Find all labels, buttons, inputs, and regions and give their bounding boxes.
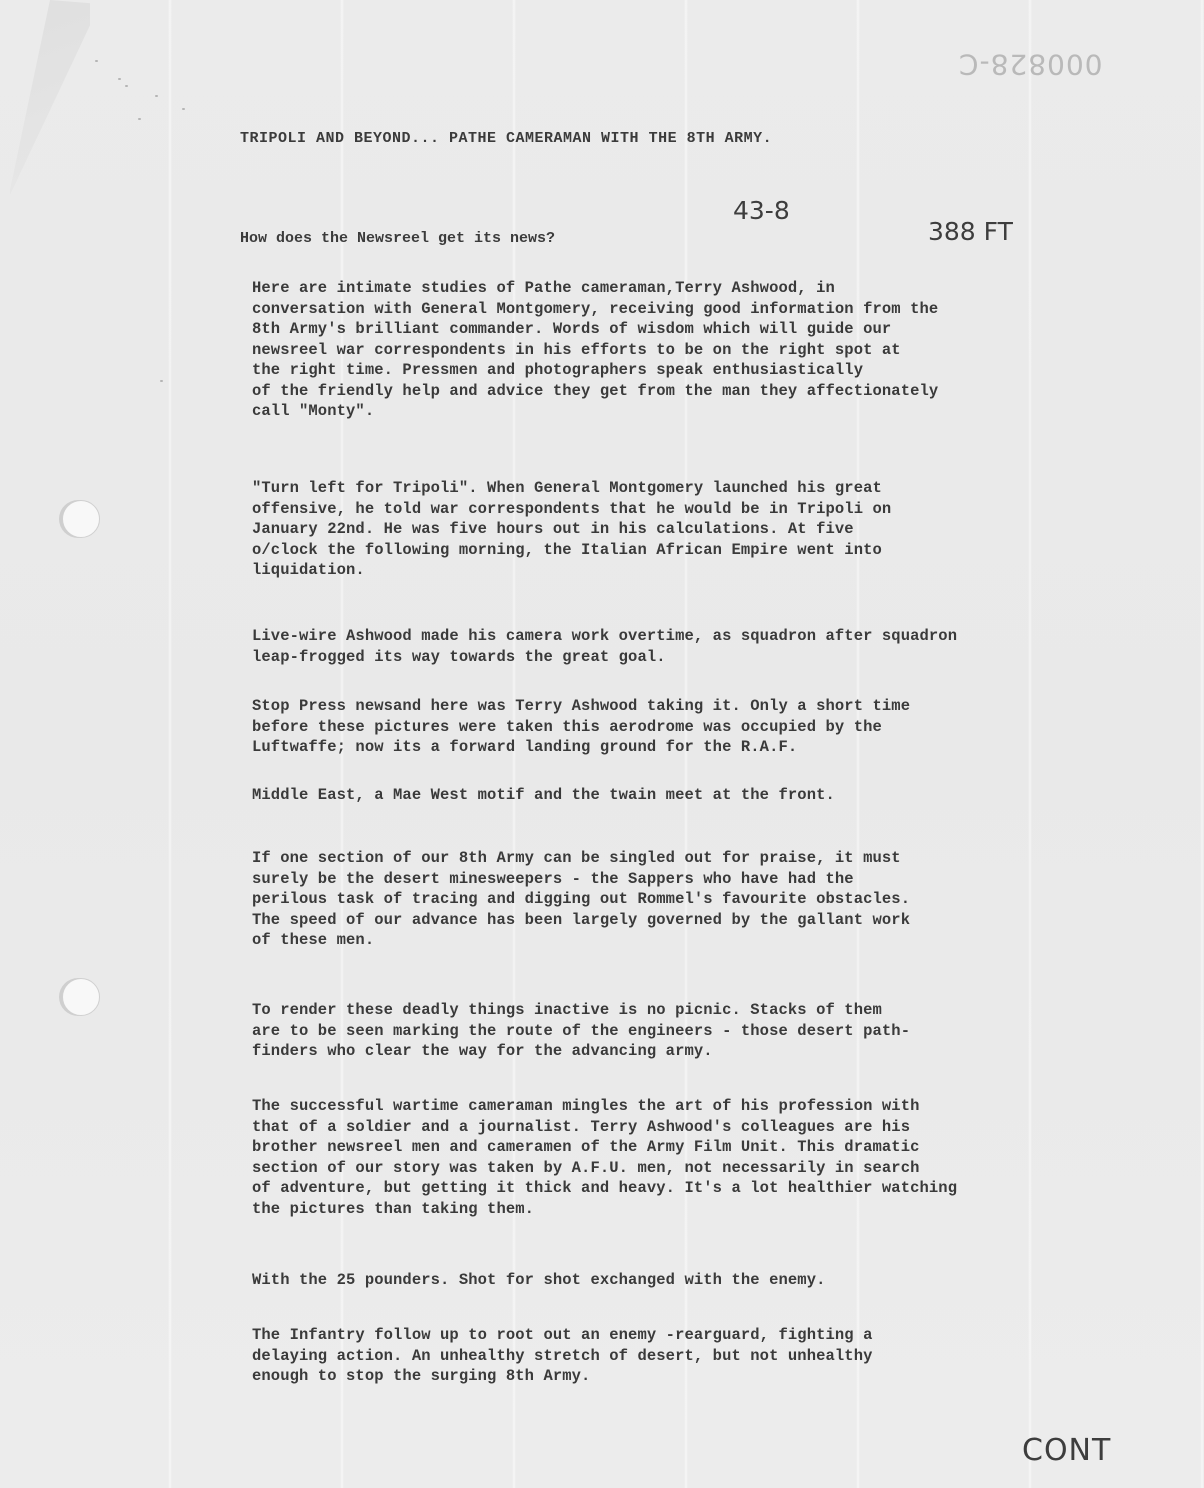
text-line: offensive, he told war correspondents th… <box>252 499 1197 520</box>
handwritten-continued: CONT <box>1022 1433 1111 1468</box>
text-line: 8th Army's brilliant commander. Words of… <box>252 319 1197 340</box>
paragraph-25-pounders: With the 25 pounders. Shot for shot exch… <box>252 1270 1197 1291</box>
folded-corner <box>10 0 90 195</box>
text-line: that of a soldier and a journalist. Terr… <box>252 1117 1197 1138</box>
text-line: are to be seen marking the route of the … <box>252 1021 1197 1042</box>
text-line: With the 25 pounders. Shot for shot exch… <box>252 1270 1197 1291</box>
text-line: surely be the desert minesweepers - the … <box>252 869 1197 890</box>
text-line: "Turn left for Tripoli". When General Mo… <box>252 478 1197 499</box>
paper-speck <box>155 95 158 97</box>
handwritten-footage: 388 FT <box>928 217 1013 246</box>
text-line: The speed of our advance has been largel… <box>252 910 1197 931</box>
text-line: finders who clear the way for the advanc… <box>252 1041 1197 1062</box>
text-line: brother newsreel men and cameramen of th… <box>252 1137 1197 1158</box>
text-line: before these pictures were taken this ae… <box>252 717 1197 738</box>
text-line: conversation with General Montgomery, re… <box>252 299 1197 320</box>
text-line: perilous task of tracing and digging out… <box>252 889 1197 910</box>
text-line: Stop Press newsand here was Terry Ashwoo… <box>252 696 1197 717</box>
text-line: Here are intimate studies of Pathe camer… <box>252 278 1197 299</box>
paragraph-cameraman: The successful wartime cameraman mingles… <box>252 1096 1197 1219</box>
paragraph-tripoli: "Turn left for Tripoli". When General Mo… <box>252 478 1197 581</box>
paragraph-stop-press: Stop Press newsand here was Terry Ashwoo… <box>252 696 1197 758</box>
text-line: the right time. Pressmen and photographe… <box>252 360 1197 381</box>
paper-speck <box>138 118 141 120</box>
text-line: The successful wartime cameraman mingles… <box>252 1096 1197 1117</box>
text-line: newsreel war correspondents in his effor… <box>252 340 1197 361</box>
paper-speck <box>160 380 163 382</box>
reference-number: 000828-C <box>958 48 1103 81</box>
document-subtitle: How does the Newsreel get its news? <box>240 230 555 247</box>
text-line: delaying action. An unhealthy stretch of… <box>252 1346 1197 1367</box>
paragraph-middle-east: Middle East, a Mae West motif and the tw… <box>252 785 1197 806</box>
document-title: TRIPOLI AND BEYOND... PATHE CAMERAMAN WI… <box>240 130 772 147</box>
paragraph-intro: Here are intimate studies of Pathe camer… <box>252 278 1197 422</box>
paper-speck <box>118 78 121 80</box>
punch-hole-bottom <box>62 978 100 1016</box>
text-line: January 22nd. He was five hours out in h… <box>252 519 1197 540</box>
text-line: of the friendly help and advice they get… <box>252 381 1197 402</box>
text-line: of adventure, but getting it thick and h… <box>252 1178 1197 1199</box>
text-line: liquidation. <box>252 560 1197 581</box>
paragraph-sappers: If one section of our 8th Army can be si… <box>252 848 1197 951</box>
paragraph-deadly-things: To render these deadly things inactive i… <box>252 1000 1197 1062</box>
text-line: Live-wire Ashwood made his camera work o… <box>252 626 1197 647</box>
text-line: Middle East, a Mae West motif and the tw… <box>252 785 1197 806</box>
punch-hole-top <box>62 500 100 538</box>
text-line: section of our story was taken by A.F.U.… <box>252 1158 1197 1179</box>
document-page: 000828-C TRIPOLI AND BEYOND... PATHE CAM… <box>0 0 1204 1488</box>
paragraph-infantry: The Infantry follow up to root out an en… <box>252 1325 1197 1387</box>
paper-speck <box>95 60 98 62</box>
text-line: the pictures than taking them. <box>252 1199 1197 1220</box>
paper-speck <box>125 85 128 87</box>
handwritten-reel-code: 43-8 <box>733 196 790 225</box>
text-line: Luftwaffe; now its a forward landing gro… <box>252 737 1197 758</box>
text-line: To render these deadly things inactive i… <box>252 1000 1197 1021</box>
paragraph-ashwood: Live-wire Ashwood made his camera work o… <box>252 626 1197 667</box>
text-line: The Infantry follow up to root out an en… <box>252 1325 1197 1346</box>
text-line: of these men. <box>252 930 1197 951</box>
text-line: o/clock the following morning, the Itali… <box>252 540 1197 561</box>
text-line: If one section of our 8th Army can be si… <box>252 848 1197 869</box>
text-line: enough to stop the surging 8th Army. <box>252 1366 1197 1387</box>
text-line: leap-frogged its way towards the great g… <box>252 647 1197 668</box>
paper-speck <box>182 108 185 110</box>
text-line: call "Monty". <box>252 401 1197 422</box>
